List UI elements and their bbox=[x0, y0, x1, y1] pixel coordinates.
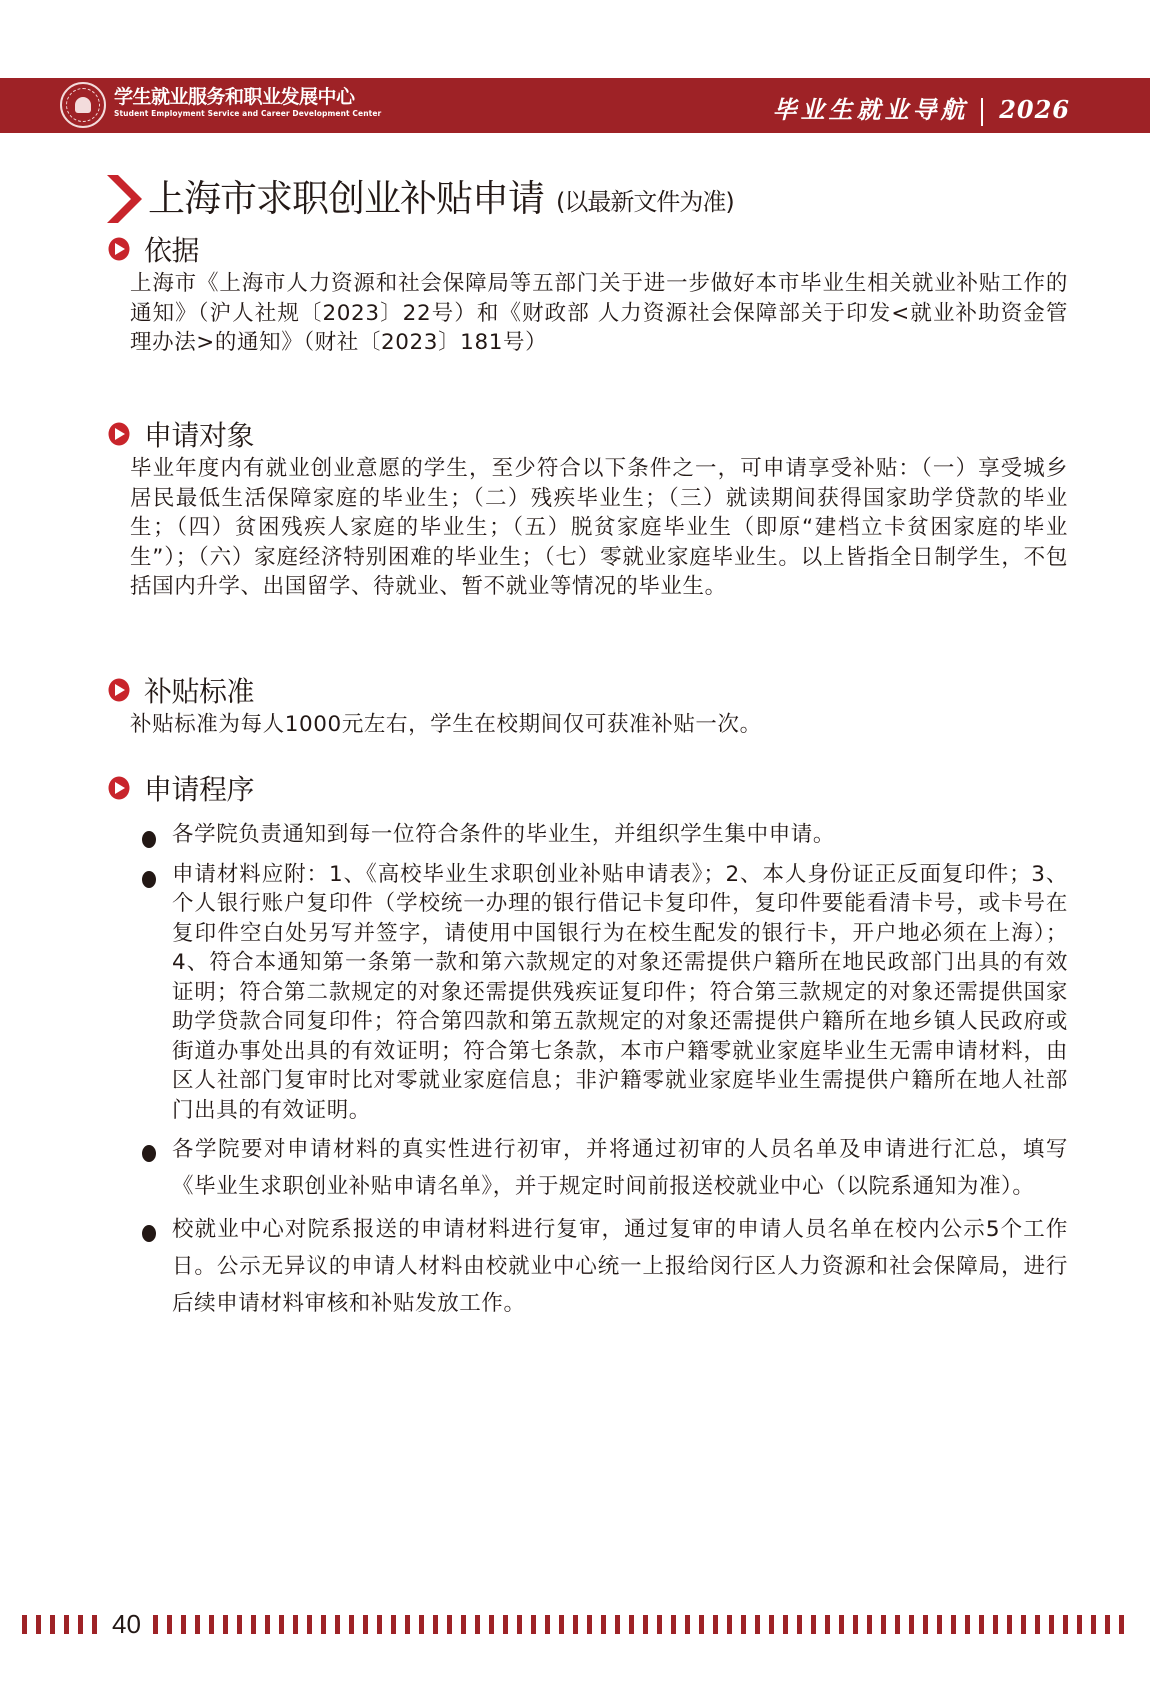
tick-mark bbox=[279, 1615, 284, 1634]
section-body: 上海市《上海市人力资源和社会保障局等五部门关于进一步做好本市毕业生相关就业补贴工… bbox=[130, 269, 1068, 358]
tick-mark bbox=[657, 1615, 662, 1634]
tick-mark bbox=[1091, 1615, 1096, 1634]
tick-mark bbox=[1049, 1615, 1054, 1634]
list-item-text: 申请材料应附：1、《高校毕业生求职创业补贴申请表》；2、本人身份证正反面复印件；… bbox=[172, 862, 1068, 1123]
list-item: 各学院负责通知到每一位符合条件的毕业生，并组织学生集中申请。 bbox=[140, 820, 1068, 850]
tick-mark bbox=[1119, 1615, 1124, 1634]
page-title-row: 上海市求职创业补贴申请 (以最新文件为准) bbox=[104, 172, 734, 226]
tick-mark bbox=[839, 1615, 844, 1634]
page-title-note: (以最新文件为准) bbox=[556, 182, 734, 217]
tick-mark bbox=[363, 1615, 368, 1634]
section-subsidy-standard: 补贴标准 补贴标准为每人1000元左右，学生在校期间仅可获准补贴一次。 bbox=[108, 670, 1068, 740]
play-bullet-icon bbox=[108, 678, 130, 702]
tick-mark bbox=[377, 1615, 382, 1634]
tick-mark bbox=[181, 1615, 186, 1634]
tick-mark bbox=[433, 1615, 438, 1634]
tick-mark bbox=[531, 1615, 536, 1634]
org-name-block: 学生就业服务和职业发展中心 Student Employment Service… bbox=[114, 86, 381, 120]
list-item: 校就业中心对院系报送的申请材料进行复审，通过复审的申请人员名单在校内公示5个工作… bbox=[140, 1211, 1068, 1322]
tick-mark bbox=[1035, 1615, 1040, 1634]
chevron-right-icon bbox=[104, 172, 144, 226]
tick-mark bbox=[923, 1615, 928, 1634]
tick-mark bbox=[167, 1615, 172, 1634]
tick-mark bbox=[895, 1615, 900, 1634]
tick-mark bbox=[78, 1615, 83, 1634]
tick-mark bbox=[293, 1615, 298, 1634]
tick-mark bbox=[36, 1615, 41, 1634]
list-item-text: 各学院要对申请材料的真实性进行初审，并将通过初审的人员名单及申请进行汇总，填写《… bbox=[172, 1137, 1068, 1199]
section-body: 补贴标准为每人1000元左右，学生在校期间仅可获准补贴一次。 bbox=[130, 710, 1068, 740]
tick-mark bbox=[573, 1615, 578, 1634]
tick-mark bbox=[461, 1615, 466, 1634]
tick-mark bbox=[755, 1615, 760, 1634]
tick-mark bbox=[615, 1615, 620, 1634]
list-item-text: 校就业中心对院系报送的申请材料进行复审，通过复审的申请人员名单在校内公示5个工作… bbox=[172, 1217, 1068, 1316]
tick-mark bbox=[153, 1615, 158, 1634]
guide-year: 2026 bbox=[999, 95, 1070, 124]
section-title: 申请程序 bbox=[144, 768, 254, 808]
tick-mark bbox=[419, 1615, 424, 1634]
tick-mark bbox=[937, 1615, 942, 1634]
tick-mark bbox=[50, 1615, 55, 1634]
section-basis: 依据 上海市《上海市人力资源和社会保障局等五部门关于进一步做好本市毕业生相关就业… bbox=[108, 229, 1068, 358]
tick-mark bbox=[951, 1615, 956, 1634]
tick-mark bbox=[643, 1615, 648, 1634]
footer-tick-decoration-right bbox=[153, 1614, 1133, 1634]
play-bullet-icon bbox=[108, 776, 130, 800]
tick-mark bbox=[405, 1615, 410, 1634]
list-item-text: 各学院负责通知到每一位符合条件的毕业生，并组织学生集中申请。 bbox=[172, 822, 835, 847]
tick-mark bbox=[195, 1615, 200, 1634]
bullet-dot-icon bbox=[142, 1145, 156, 1162]
tick-mark bbox=[559, 1615, 564, 1634]
tick-mark bbox=[741, 1615, 746, 1634]
tick-mark bbox=[587, 1615, 592, 1634]
tick-mark bbox=[391, 1615, 396, 1634]
section-title: 申请对象 bbox=[144, 414, 254, 454]
tick-mark bbox=[22, 1615, 27, 1634]
bullet-dot-icon bbox=[142, 831, 156, 848]
tick-mark bbox=[64, 1615, 69, 1634]
tick-mark bbox=[629, 1615, 634, 1634]
section-title: 补贴标准 bbox=[144, 670, 254, 710]
tick-mark bbox=[517, 1615, 522, 1634]
play-bullet-icon bbox=[108, 422, 130, 446]
section-title: 依据 bbox=[144, 229, 199, 269]
tick-mark bbox=[853, 1615, 858, 1634]
page-title: 上海市求职创业补贴申请 bbox=[148, 174, 544, 224]
org-name-cn: 学生就业服务和职业发展中心 bbox=[114, 86, 381, 108]
section-head: 依据 bbox=[108, 229, 1068, 269]
tick-mark bbox=[685, 1615, 690, 1634]
org-name-en: Student Employment Service and Career De… bbox=[114, 108, 381, 120]
tick-mark bbox=[783, 1615, 788, 1634]
section-head: 申请程序 bbox=[108, 768, 1068, 808]
tick-mark bbox=[223, 1615, 228, 1634]
tick-mark bbox=[811, 1615, 816, 1634]
tick-mark bbox=[965, 1615, 970, 1634]
tick-mark bbox=[993, 1615, 998, 1634]
footer-tick-decoration-left bbox=[22, 1614, 106, 1634]
tick-mark bbox=[321, 1615, 326, 1634]
bullet-dot-icon bbox=[142, 871, 156, 888]
tick-mark bbox=[979, 1615, 984, 1634]
university-emblem-icon bbox=[60, 82, 106, 128]
section-body: 毕业年度内有就业创业意愿的学生，至少符合以下条件之一，可申请享受补贴：（一）享受… bbox=[130, 454, 1068, 602]
tick-mark bbox=[307, 1615, 312, 1634]
list-item: 各学院要对申请材料的真实性进行初审，并将通过初审的人员名单及申请进行汇总，填写《… bbox=[140, 1131, 1068, 1205]
procedure-list: 各学院负责通知到每一位符合条件的毕业生，并组织学生集中申请。 申请材料应附：1、… bbox=[140, 820, 1068, 1322]
tick-mark bbox=[209, 1615, 214, 1634]
tick-mark bbox=[881, 1615, 886, 1634]
tick-mark bbox=[503, 1615, 508, 1634]
tick-mark bbox=[713, 1615, 718, 1634]
section-eligibility: 申请对象 毕业年度内有就业创业意愿的学生，至少符合以下条件之一，可申请享受补贴：… bbox=[108, 414, 1068, 602]
guide-title-text: 毕业生就业导航 bbox=[772, 95, 968, 124]
guide-title: 毕业生就业导航 2026 bbox=[772, 90, 1070, 126]
tick-mark bbox=[1021, 1615, 1026, 1634]
tick-mark bbox=[1063, 1615, 1068, 1634]
title-divider bbox=[981, 98, 983, 126]
tick-mark bbox=[1077, 1615, 1082, 1634]
section-head: 申请对象 bbox=[108, 414, 1068, 454]
tick-mark bbox=[825, 1615, 830, 1634]
tick-mark bbox=[867, 1615, 872, 1634]
section-procedure: 申请程序 各学院负责通知到每一位符合条件的毕业生，并组织学生集中申请。 申请材料… bbox=[108, 768, 1068, 1328]
tick-mark bbox=[237, 1615, 242, 1634]
play-bullet-icon bbox=[108, 237, 130, 261]
tick-mark bbox=[475, 1615, 480, 1634]
tick-mark bbox=[601, 1615, 606, 1634]
tick-mark bbox=[1007, 1615, 1012, 1634]
tick-mark bbox=[251, 1615, 256, 1634]
tick-mark bbox=[265, 1615, 270, 1634]
section-head: 补贴标准 bbox=[108, 670, 1068, 710]
tick-mark bbox=[1105, 1615, 1110, 1634]
tick-mark bbox=[545, 1615, 550, 1634]
header-bar: 学生就业服务和职业发展中心 Student Employment Service… bbox=[0, 78, 1150, 133]
tick-mark bbox=[349, 1615, 354, 1634]
tick-mark bbox=[447, 1615, 452, 1634]
tick-mark bbox=[335, 1615, 340, 1634]
footer: 40 bbox=[22, 1612, 1150, 1636]
tick-mark bbox=[671, 1615, 676, 1634]
list-item: 申请材料应附：1、《高校毕业生求职创业补贴申请表》；2、本人身份证正反面复印件；… bbox=[140, 860, 1068, 1126]
tick-mark bbox=[909, 1615, 914, 1634]
bullet-dot-icon bbox=[142, 1225, 156, 1242]
tick-mark bbox=[92, 1615, 97, 1634]
tick-mark bbox=[727, 1615, 732, 1634]
tick-mark bbox=[797, 1615, 802, 1634]
tick-mark bbox=[769, 1615, 774, 1634]
page-number: 40 bbox=[112, 1612, 141, 1636]
tick-mark bbox=[489, 1615, 494, 1634]
tick-mark bbox=[699, 1615, 704, 1634]
